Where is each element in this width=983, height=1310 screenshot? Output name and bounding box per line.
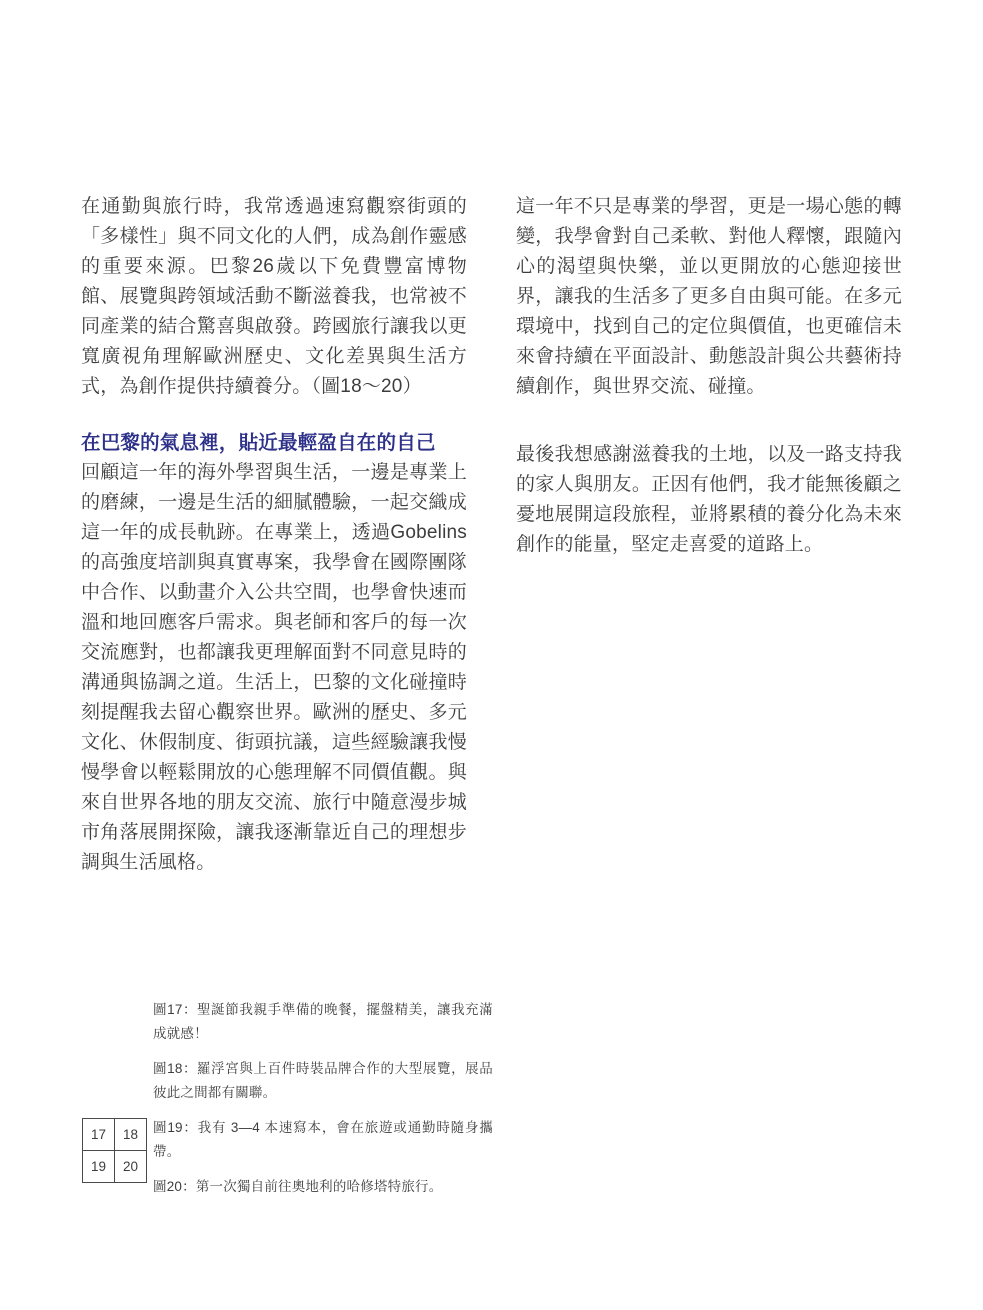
- section-heading-paris: 在巴黎的氣息裡，貼近最輕盈自在的自己: [81, 428, 467, 458]
- figure-captions: 圖17：聖誕節我親手準備的晚餐，擺盤精美，讓我充滿成就感！ 圖18：羅浮宮與上百…: [153, 998, 493, 1199]
- left-column: 在通勤與旅行時，我常透過速寫觀察街頭的「多樣性」與不同文化的人們，成為創作靈感的…: [81, 192, 467, 878]
- figure-caption-18: 圖18：羅浮宮與上百件時裝品牌合作的大型展覽，展品彼此之間都有關聯。: [153, 1057, 493, 1105]
- paragraph-gratitude: 最後我想感謝滋養我的土地，以及一路支持我的家人與朋友。正因有他們，我才能無後顧之…: [516, 440, 902, 560]
- figure-caption-17: 圖17：聖誕節我親手準備的晚餐，擺盤精美，讓我充滿成就感！: [153, 998, 493, 1046]
- figure-position-grid: 17 18 19 20: [82, 1118, 147, 1183]
- figure-caption-19: 圖19：我有 3—4 本速寫本，會在旅遊或通勤時隨身攜帶。: [153, 1116, 493, 1164]
- figure-grid-cell-17: 17: [83, 1119, 115, 1151]
- paragraph-year-review: 回顧這一年的海外學習與生活，一邊是專業上的磨練，一邊是生活的細膩體驗，一起交織成…: [81, 458, 467, 878]
- figure-grid-cell-18: 18: [115, 1119, 147, 1151]
- right-column: 這一年不只是專業的學習，更是一場心態的轉變，我學會對自己柔軟、對他人釋懷，跟隨內…: [516, 192, 902, 560]
- figure-caption-20: 圖20：第一次獨自前往奧地利的哈修塔特旅行。: [153, 1175, 493, 1199]
- paragraph-mindset-change: 這一年不只是專業的學習，更是一場心態的轉變，我學會對自己柔軟、對他人釋懷，跟隨內…: [516, 192, 902, 402]
- figure-grid-row: 19 20: [83, 1151, 147, 1183]
- figure-grid-cell-19: 19: [83, 1151, 115, 1183]
- figure-grid-cell-20: 20: [115, 1151, 147, 1183]
- document-page: 在通勤與旅行時，我常透過速寫觀察街頭的「多樣性」與不同文化的人們，成為創作靈感的…: [0, 0, 983, 1310]
- paragraph-commute-travel: 在通勤與旅行時，我常透過速寫觀察街頭的「多樣性」與不同文化的人們，成為創作靈感的…: [81, 192, 467, 402]
- figure-grid-row: 17 18: [83, 1119, 147, 1151]
